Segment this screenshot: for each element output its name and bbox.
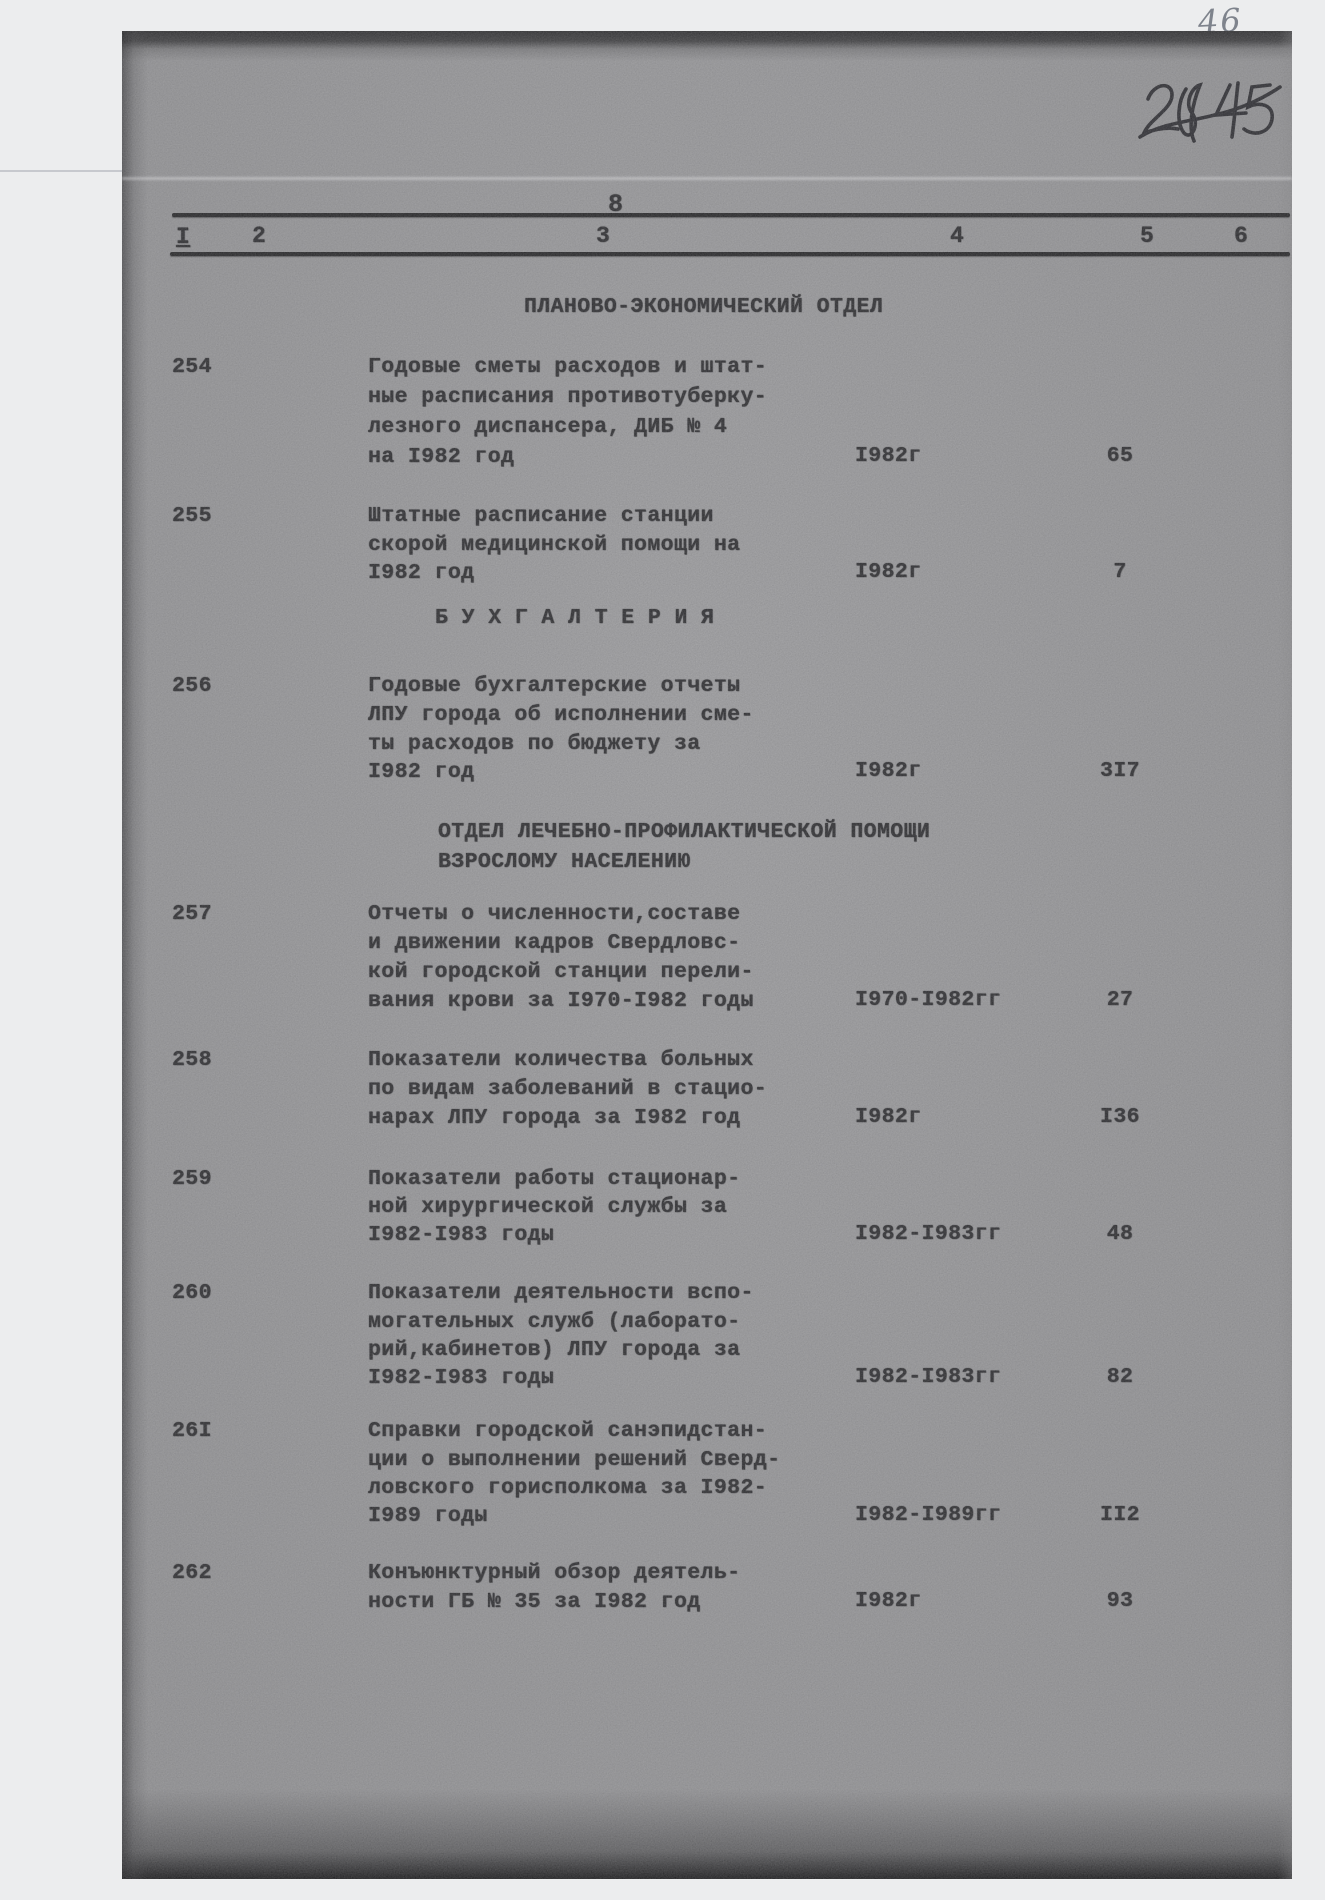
entry-number: 257 [172, 900, 212, 928]
entry-description-line: Годовые сметы расходов и штат- [368, 353, 767, 381]
entry-description-line: Показатели количества больных [368, 1046, 754, 1074]
entry-description-line: на I982 год [368, 443, 514, 471]
entry-number: 254 [172, 353, 212, 381]
entry-description-line: I982-I983 годы [368, 1364, 554, 1392]
entry-number: 260 [172, 1279, 212, 1307]
column-header-1: I [176, 223, 190, 251]
entry-description-line: Конъюнктурный обзор деятель- [368, 1559, 740, 1587]
margin-artifact-line [0, 170, 122, 172]
entry-description-line: Показатели деятельности вспо- [368, 1279, 754, 1307]
scan-white-margin: 46 8 I [0, 0, 1325, 1900]
entry-number: 255 [172, 502, 212, 530]
section-title-medical-line2: ВЗРОСЛОМУ НАСЕЛЕНИЮ [438, 848, 691, 876]
entry-sheet-count: 27 [1085, 986, 1155, 1014]
entry-dates: I970-I982гг [855, 986, 1001, 1014]
entry-sheet-count: I36 [1085, 1103, 1155, 1131]
entry-description-line: I982 год [368, 559, 474, 587]
entry-description-line: Показатели работы стационар- [368, 1165, 740, 1193]
entry-description-line: Годовые бухгалтерские отчеты [368, 672, 740, 700]
entry-description-line: I982 год [368, 758, 474, 786]
entry-sheet-count: 3I7 [1085, 757, 1155, 785]
entry-description-line: по видам заболеваний в стацио- [368, 1075, 767, 1103]
entry-description-line: Отчеты о численности,составе [368, 900, 740, 928]
entry-description-line: вания крови за I970-I982 годы [368, 987, 754, 1015]
scan-scratch-artifact [122, 177, 1292, 180]
section-title-accounting: Б У Х Г А Л Т Е Р И Я [435, 604, 714, 632]
entry-description-line: ции о выполнении решений Сверд- [368, 1446, 780, 1474]
entry-description-line: I989 годы [368, 1502, 488, 1530]
entry-sheet-count: 48 [1085, 1220, 1155, 1248]
header-rule-top [172, 213, 1290, 217]
section-title-medical-line1: ОТДЕЛ ЛЕЧЕБНО-ПРОФИЛАКТИЧЕСКОЙ ПОМОЩИ [438, 818, 930, 846]
entry-dates: I982г [855, 442, 922, 470]
section-title-planning: ПЛАНОВО-ЭКОНОМИЧЕСКИЙ ОТДЕЛ [524, 293, 883, 321]
entry-description-line: ные расписания противотуберку- [368, 383, 767, 411]
entry-number: 262 [172, 1559, 212, 1587]
entry-number: 26I [172, 1417, 212, 1445]
entry-number: 256 [172, 672, 212, 700]
entry-description-line: рий,кабинетов) ЛПУ города за [368, 1336, 740, 1364]
entry-dates: I982г [855, 757, 922, 785]
entry-description-line: и движении кадров Свердловс- [368, 929, 740, 957]
entry-description-line: I982-I983 годы [368, 1221, 554, 1249]
entry-dates: I982-I983гг [855, 1220, 1001, 1248]
column-header-3: 3 [596, 222, 610, 250]
entry-sheet-count: 7 [1085, 558, 1155, 586]
entry-description-line: ЛПУ города об исполнении сме- [368, 701, 754, 729]
entry-description-line: Справки городской санэпидстан- [368, 1417, 767, 1445]
entry-number: 259 [172, 1165, 212, 1193]
entry-sheet-count: 82 [1085, 1363, 1155, 1391]
scan-right-edge [1278, 31, 1292, 1879]
entry-description-line: ности ГБ № 35 за I982 год [368, 1588, 701, 1616]
entry-dates: I982г [855, 1103, 922, 1131]
entry-description-line: скорой медицинской помощи на [368, 531, 740, 559]
entry-description-line: ловского горисполкома за I982- [368, 1474, 767, 1502]
column-header-2: 2 [252, 222, 266, 250]
entry-sheet-count: II2 [1085, 1501, 1155, 1529]
entry-dates: I982-I989гг [855, 1501, 1001, 1529]
entry-description-line: кой городской станции перели- [368, 958, 754, 986]
entry-dates: I982-I983гг [855, 1363, 1001, 1391]
entry-description-line: нарах ЛПУ города за I982 год [368, 1104, 740, 1132]
entry-description-line: ты расходов по бюджету за [368, 730, 701, 758]
header-rule-bottom [170, 252, 1290, 256]
entry-sheet-count: 65 [1085, 442, 1155, 470]
entry-description-line: ной хирургической службы за [368, 1193, 727, 1221]
entry-dates: I982г [855, 1587, 922, 1615]
entry-description-line: Штатные расписание станции [368, 502, 714, 530]
document-page: 8 I 2 3 4 5 6 ПЛАНОВО-ЭКОНОМИЧЕСКИЙ ОТДЕ… [122, 31, 1292, 1879]
entry-description-line: лезного диспансера, ДИБ № 4 [368, 413, 727, 441]
entry-dates: I982г [855, 558, 922, 586]
entry-sheet-count: 93 [1085, 1587, 1155, 1615]
scan-dark-left-edge [122, 31, 148, 1879]
entry-number: 258 [172, 1046, 212, 1074]
scan-dark-top-edge [122, 31, 1292, 61]
column-header-4: 4 [950, 222, 964, 250]
entry-description-line: могательных служб (лаборато- [368, 1308, 740, 1336]
handwritten-ink-scribble [1134, 71, 1284, 156]
column-header-6: 6 [1234, 222, 1248, 250]
scan-dark-bottom-edge [122, 1789, 1292, 1879]
column-header-5: 5 [1140, 222, 1154, 250]
